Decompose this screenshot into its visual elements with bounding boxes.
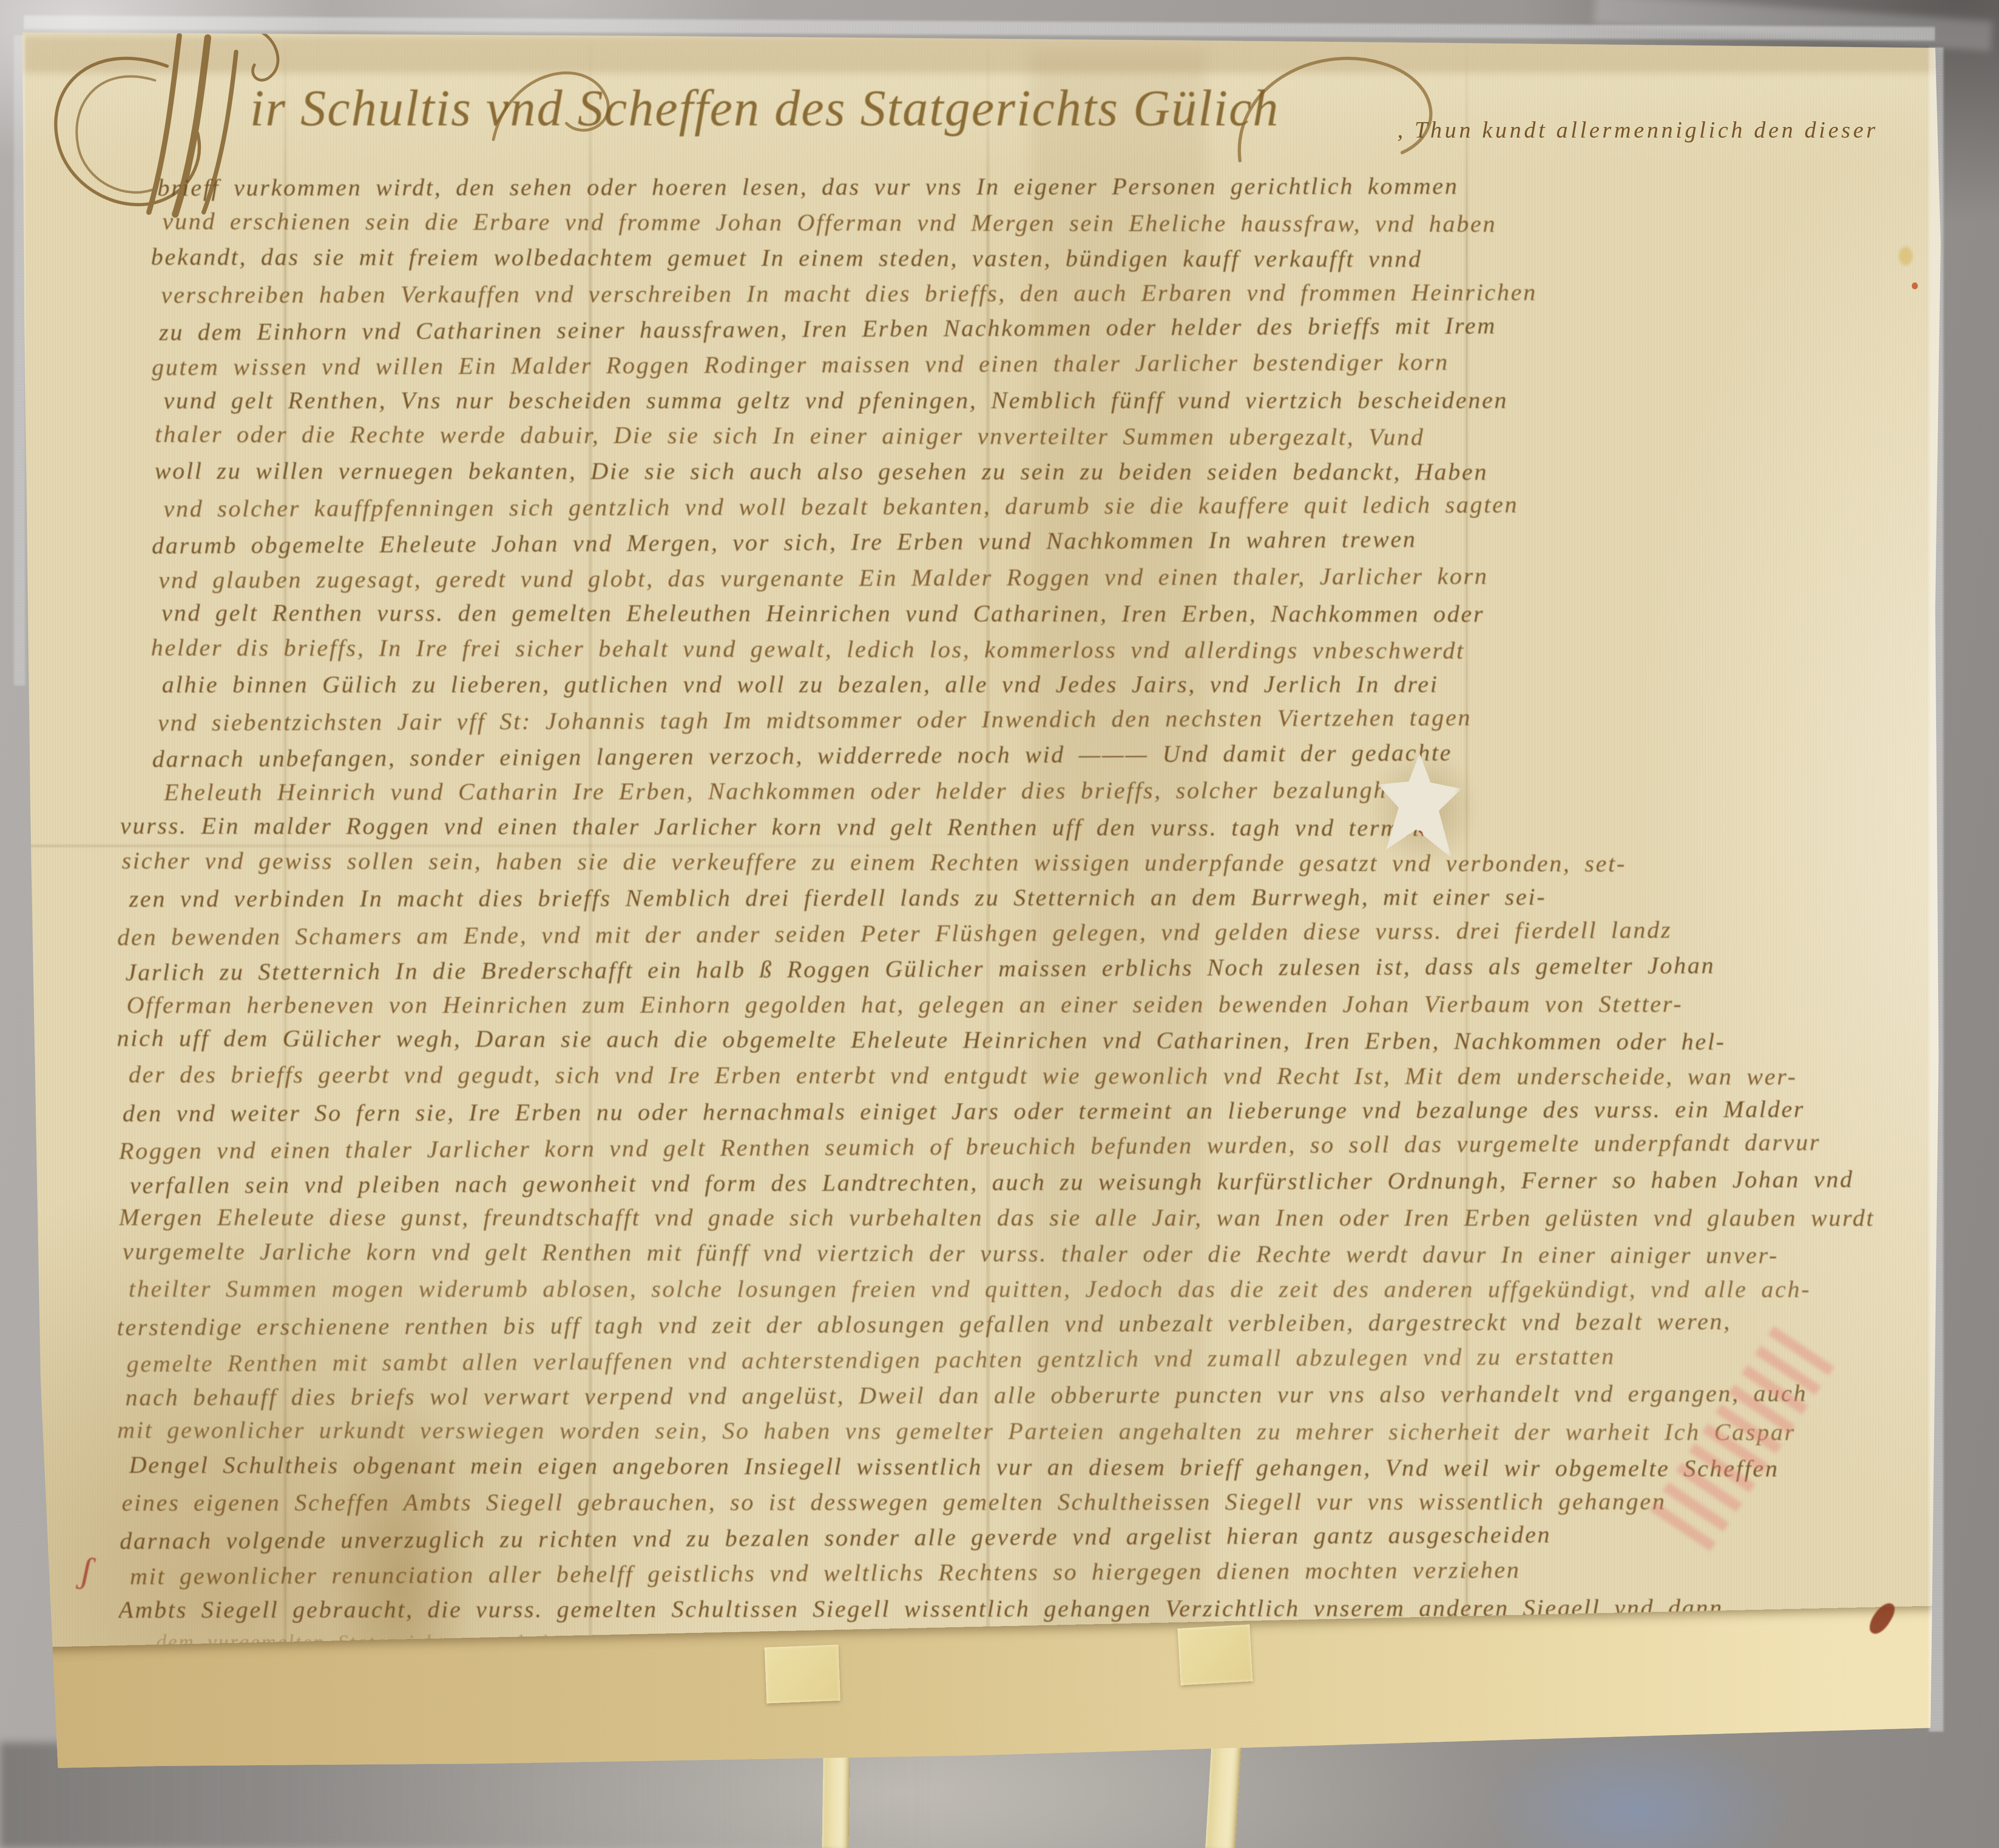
gauze-fringe-left <box>14 36 25 685</box>
text-line: alhie binnen Gülich zu lieberen, gutlich… <box>162 670 1439 699</box>
text-block: brieff vurkommen wirdt, den sehen oder h… <box>0 0 1999 1848</box>
text-line: helder dis brieffs, In Ire frei sicher b… <box>151 633 1465 665</box>
text-line: Eheleuth Heinrich vund Catharin Ire Erbe… <box>164 776 1438 806</box>
seal-tab-left <box>764 1645 840 1704</box>
text-line: gutem wissen vnd willen Ein Malder Rogge… <box>152 348 1449 381</box>
text-line: darnach unbefangen, sonder einigen lange… <box>152 739 1452 773</box>
text-line: gemelte Renthen mit sambt allen verlauff… <box>127 1342 1616 1378</box>
text-line: vnd glauben zugesagt, geredt vund globt,… <box>159 562 1489 594</box>
red-speck-right-edge <box>1912 282 1918 289</box>
gauze-fringe-right <box>1929 47 1943 1731</box>
text-line: vurgemelte Jarliche korn vnd gelt Renthe… <box>123 1237 1779 1269</box>
text-line: terstendige erschienene renthen bis uff … <box>117 1307 1731 1342</box>
text-line: Jarlich zu Stetternich In die Brederscha… <box>125 951 1715 986</box>
text-line: zen vnd verbinden In macht dies brieffs … <box>129 883 1547 913</box>
text-line: Mergen Eheleute diese gunst, freundtscha… <box>119 1204 1875 1232</box>
text-line: vund erschienen sein die Erbare vnd from… <box>162 207 1497 238</box>
text-line: vnd solcher kauffpfenningen sich gentzli… <box>164 491 1519 523</box>
text-line: Offerman herbeneven von Heinrichen zum E… <box>127 990 1683 1019</box>
text-line: thaler oder die Rechte werde dabuir, Die… <box>155 420 1424 451</box>
text-line: zu dem Einhorn vnd Catharinen seiner hau… <box>159 312 1496 347</box>
text-line: vund gelt Renthen, Vns nur bescheiden su… <box>164 386 1508 414</box>
yellow-spot <box>1899 247 1913 265</box>
text-line: darnach volgende unverzuglich zu richten… <box>120 1521 1551 1555</box>
text-line: Roggen vnd einen thaler Jarlicher korn v… <box>119 1128 1821 1165</box>
text-line: mit gewonlicher renunciation aller behel… <box>130 1556 1521 1590</box>
text-line: nich uff dem Gülicher wegh, Daran sie au… <box>117 1024 1726 1056</box>
text-line: verschreiben haben Verkauffen vnd versch… <box>161 278 1537 309</box>
text-line: vnd siebentzichsten Jair vff St: Johanni… <box>158 703 1472 737</box>
text-line: nach behauff dies briefs wol verwart ver… <box>125 1379 1807 1411</box>
text-line: Dengel Schultheis obgenant mein eigen an… <box>129 1451 1779 1482</box>
text-line: bekandt, das sie mit freiem wolbedachtem… <box>151 243 1422 273</box>
photo-scene: ir Schultis vnd Scheffen des Statgericht… <box>0 0 1999 1848</box>
text-line: vurss. Ein malder Roggen vnd einen thale… <box>120 812 1434 842</box>
text-line: den bewenden Schamers am Ende, vnd mit d… <box>117 915 1672 951</box>
text-line: theilter Summen mogen widerumb ablosen, … <box>129 1275 1811 1303</box>
seal-tab-right <box>1177 1624 1253 1685</box>
text-line: der des brieffs geerbt vnd gegudt, sich … <box>129 1060 1797 1090</box>
text-line: darumb obgemelte Eheleute Johan vnd Merg… <box>152 525 1417 560</box>
text-line: woll zu willen vernuegen bekanten, Die s… <box>155 457 1488 486</box>
text-line: vnd gelt Renthen vurss. den gemelten Ehe… <box>161 599 1485 628</box>
text-line: brieff vurkommen wirdt, den sehen oder h… <box>157 172 1459 202</box>
text-line: mit gewonlicher urkundt verswiegen worde… <box>117 1416 1796 1446</box>
text-line: verfallen sein vnd pleiben nach gewonhei… <box>130 1165 1854 1199</box>
parchment-charter: ir Schultis vnd Scheffen des Statgericht… <box>0 0 1999 1848</box>
text-line: den vnd weiter So fern sie, Ire Erben nu… <box>123 1095 1805 1127</box>
text-line: eines eigenen Scheffen Ambts Siegell geb… <box>122 1488 1666 1517</box>
